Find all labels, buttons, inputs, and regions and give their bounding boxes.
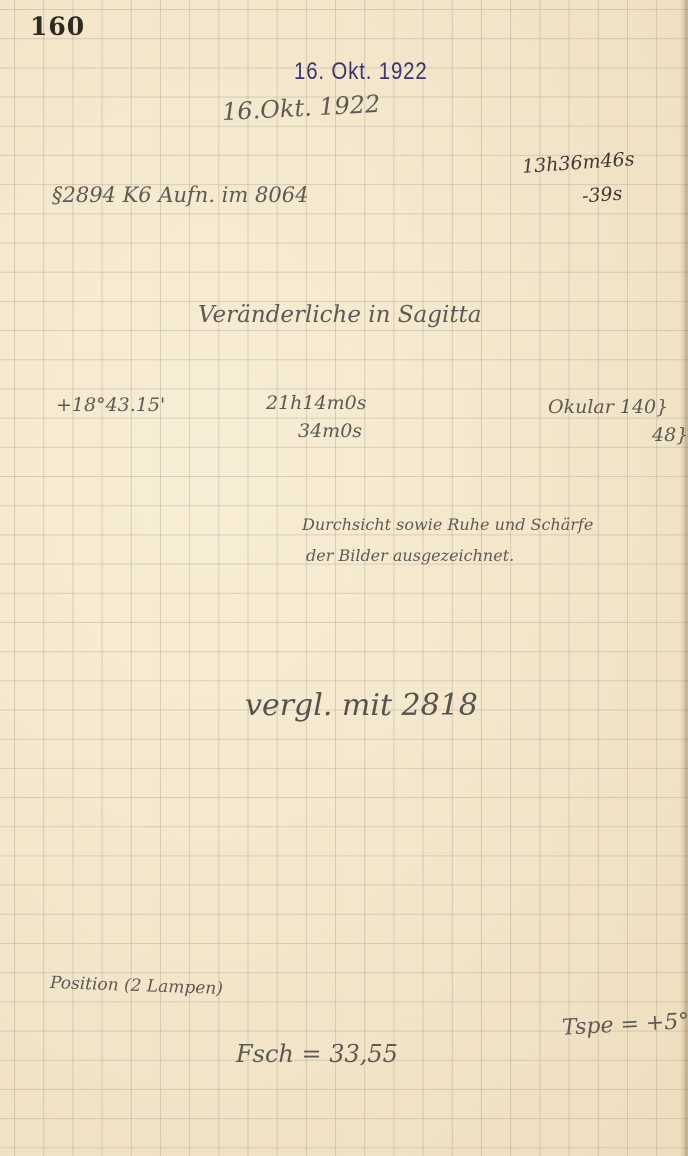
ocular-magnification: Okular 140}	[548, 396, 668, 418]
observation-time-end: 34m0s	[298, 420, 362, 442]
seeing-note-line-2: der Bilder ausgezeichnet.	[306, 546, 514, 565]
page-number: 160	[30, 12, 85, 41]
catalog-line: §2894 K6 Aufn. im 8064	[52, 183, 308, 207]
position-note: Position (2 Lampen)	[50, 973, 224, 999]
right-ascension-correction: -39s	[581, 183, 623, 208]
notebook-page: 160 16. Okt. 1922 16.Okt. 1922 §2894 K6 …	[0, 0, 688, 1156]
comparison-note: vergl. mit 2818	[245, 688, 478, 723]
entry-title: Veränderliche in Sagitta	[198, 302, 482, 328]
declination: +18°43.15'	[56, 394, 165, 416]
f-value: Fsch = 33,55	[236, 1040, 398, 1068]
t-value: Tspe = +5°5	[561, 1008, 688, 1040]
handwritten-date: 16.Okt. 1922	[221, 90, 381, 126]
observation-time: 21h14m0s	[266, 392, 366, 414]
ocular-magnification-2: 48}	[652, 424, 688, 446]
seeing-note-line-1: Durchsicht sowie Ruhe und Schärfe	[302, 515, 593, 534]
date-stamp: 16. Okt. 1922	[294, 58, 428, 86]
right-ascension: 13h36m46s	[521, 148, 635, 178]
